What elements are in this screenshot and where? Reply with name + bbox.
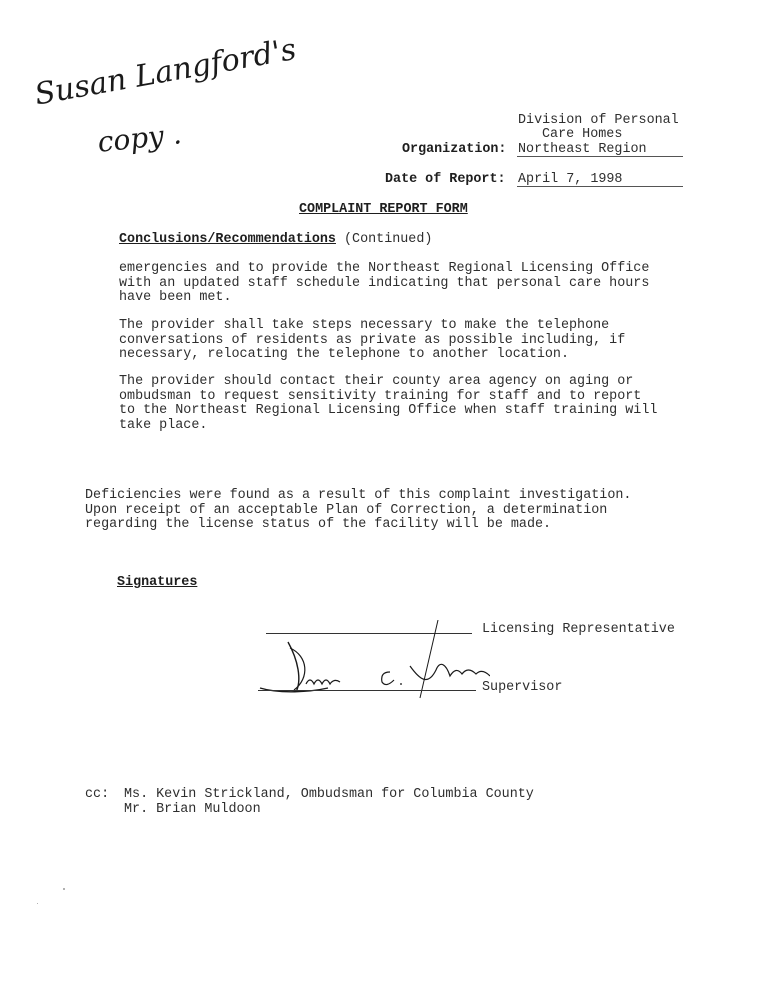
- paragraph-line: have been met.: [119, 291, 649, 306]
- handwritten-note-copy: copy .: [96, 117, 183, 159]
- statement-line: regarding the license status of the faci…: [85, 518, 631, 533]
- cc-recipient: Mr. Brian Muldoon: [124, 803, 534, 818]
- supervisor-label: Supervisor: [482, 681, 562, 696]
- form-title: COMPLAINT REPORT FORM: [299, 203, 468, 218]
- statement-line: Upon receipt of an acceptable Plan of Co…: [85, 504, 631, 519]
- date-label: Date of Report:: [385, 173, 506, 188]
- signatures-heading: Signatures: [117, 576, 197, 591]
- section-heading-row: Conclusions/Recommendations (Continued): [119, 233, 432, 248]
- paragraph-line: take place.: [119, 419, 657, 434]
- paragraph-line: ombudsman to request sensitivity trainin…: [119, 390, 657, 405]
- paragraph-line: to the Northeast Regional Licensing Offi…: [119, 404, 657, 419]
- scan-speck: [37, 903, 38, 904]
- paragraph-line: The provider should contact their county…: [119, 375, 657, 390]
- cc-recipient: Ms. Kevin Strickland, Ombudsman for Colu…: [124, 788, 534, 803]
- supervisor-signature-line: [258, 690, 476, 691]
- paragraph-line: emergencies and to provide the Northeast…: [119, 262, 649, 277]
- paragraph-line: necessary, relocating the telephone to a…: [119, 348, 625, 363]
- section-heading-suffix: (Continued): [344, 232, 432, 247]
- cc-recipients: Ms. Kevin Strickland, Ombudsman for Colu…: [124, 788, 534, 817]
- deficiency-statement: Deficiencies were found as a result of t…: [85, 489, 631, 533]
- organization-field-line: [517, 156, 683, 157]
- paragraph-line: with an updated staff schedule indicatin…: [119, 277, 649, 292]
- handwritten-note-owner: Susan Langford's: [32, 32, 299, 112]
- paragraph-1: emergencies and to provide the Northeast…: [119, 262, 649, 306]
- statement-line: Deficiencies were found as a result of t…: [85, 489, 631, 504]
- organization-label: Organization:: [402, 143, 506, 158]
- section-heading: Conclusions/Recommendations: [119, 232, 336, 247]
- division-name-line2: Care Homes: [542, 128, 622, 143]
- scan-speck: [63, 888, 65, 890]
- date-field-line: [517, 186, 683, 187]
- paragraph-3: The provider should contact their county…: [119, 375, 657, 433]
- paragraph-line: conversations of residents as private as…: [119, 334, 625, 349]
- paragraph-line: The provider shall take steps necessary …: [119, 319, 625, 334]
- supervisor-signature-icon: [250, 620, 490, 700]
- paragraph-2: The provider shall take steps necessary …: [119, 319, 625, 363]
- licensing-rep-label: Licensing Representative: [482, 623, 675, 638]
- cc-label: cc:: [85, 788, 109, 803]
